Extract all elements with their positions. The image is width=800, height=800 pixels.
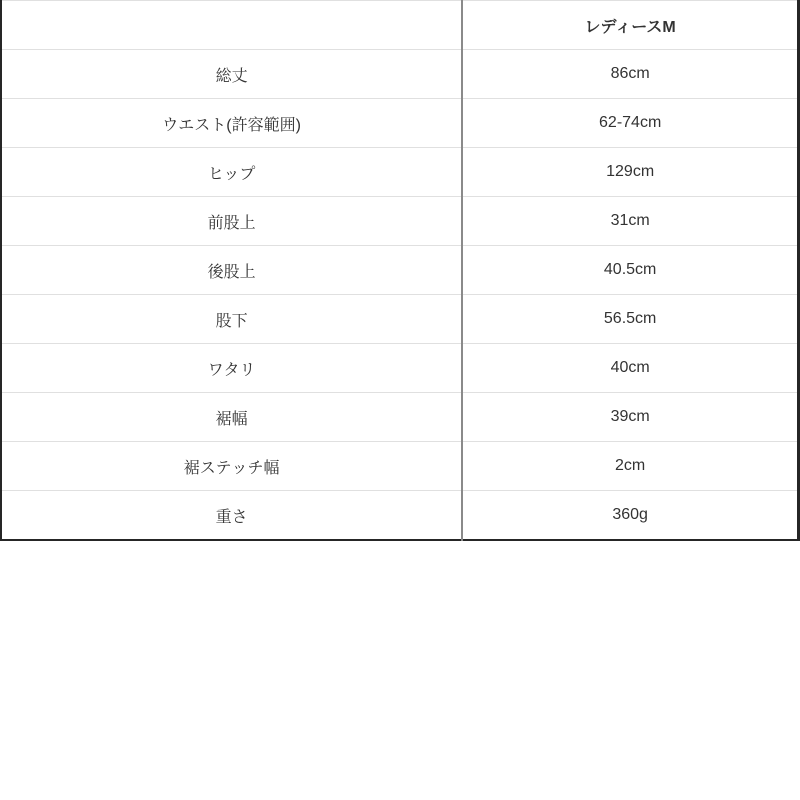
size-value-cell: 31cm	[462, 197, 798, 246]
size-value-cell: 40.5cm	[462, 246, 798, 295]
size-value-cell: 39cm	[462, 393, 798, 442]
size-value-cell: 86cm	[462, 50, 798, 99]
size-label-cell: 後股上	[1, 246, 462, 295]
size-label-cell: ワタリ	[1, 344, 462, 393]
header-size-column: レディースM	[462, 1, 798, 50]
table-row: 重さ 360g	[1, 491, 799, 541]
size-value-cell: 40cm	[462, 344, 798, 393]
table-row: ウエスト(許容範囲) 62-74cm	[1, 99, 799, 148]
size-value-cell: 62-74cm	[462, 99, 798, 148]
table-row: 前股上 31cm	[1, 197, 799, 246]
size-label-cell: 総丈	[1, 50, 462, 99]
size-value-cell: 2cm	[462, 442, 798, 491]
header-empty-cell	[1, 1, 462, 50]
table-row: ワタリ 40cm	[1, 344, 799, 393]
table-row: 総丈 86cm	[1, 50, 799, 99]
size-label-cell: 重さ	[1, 491, 462, 541]
size-label-cell: 裾ステッチ幅	[1, 442, 462, 491]
table-row: 股下 56.5cm	[1, 295, 799, 344]
size-value-cell: 360g	[462, 491, 798, 541]
size-value-cell: 129cm	[462, 148, 798, 197]
table-row: 裾幅 39cm	[1, 393, 799, 442]
page: レディースM 総丈 86cm ウエスト(許容範囲) 62-74cm ヒップ 12…	[0, 0, 800, 800]
header-row: レディースM	[1, 1, 799, 50]
size-label-cell: 前股上	[1, 197, 462, 246]
size-chart-body: 総丈 86cm ウエスト(許容範囲) 62-74cm ヒップ 129cm 前股上…	[1, 50, 799, 541]
table-row: 裾ステッチ幅 2cm	[1, 442, 799, 491]
table-row: 後股上 40.5cm	[1, 246, 799, 295]
size-label-cell: 股下	[1, 295, 462, 344]
table-row: ヒップ 129cm	[1, 148, 799, 197]
size-label-cell: 裾幅	[1, 393, 462, 442]
size-label-cell: ウエスト(許容範囲)	[1, 99, 462, 148]
size-value-cell: 56.5cm	[462, 295, 798, 344]
size-chart-table: レディースM 総丈 86cm ウエスト(許容範囲) 62-74cm ヒップ 12…	[0, 0, 800, 541]
size-chart-header: レディースM	[1, 1, 799, 50]
size-label-cell: ヒップ	[1, 148, 462, 197]
